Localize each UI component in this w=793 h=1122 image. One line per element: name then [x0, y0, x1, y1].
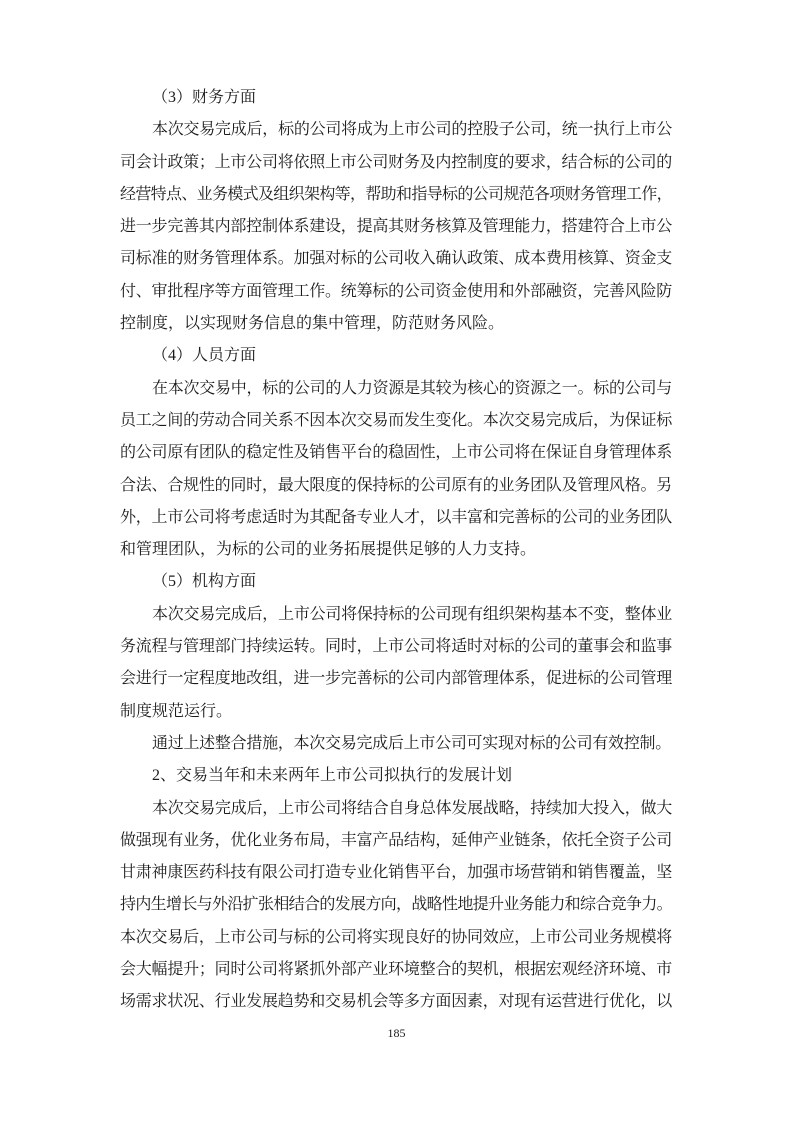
paragraph-line: 本次交易完成后，上市公司将保持标的公司现有组织架构基本不变，整体业: [120, 599, 672, 631]
paragraph-line: 在本次交易中，标的公司的人力资源是其较为核心的资源之一。标的公司与: [120, 373, 672, 405]
paragraph-line: 会进行一定程度地改组，进一步完善标的公司内部管理体系，促进标的公司管理: [120, 663, 672, 695]
section-heading-personnel: （4）人员方面: [120, 340, 672, 372]
paragraph-line: 场需求状况、行业发展趋势和交易机会等多方面因素，对现有运营进行优化，以: [120, 986, 672, 1018]
paragraph-organization: 本次交易完成后，上市公司将保持标的公司现有组织架构基本不变，整体业 务流程与管理…: [120, 599, 672, 728]
page-body: （3）财务方面 本次交易完成后，标的公司将成为上市公司的控股子公司，统一执行上市…: [120, 82, 672, 1019]
document-page: （3）财务方面 本次交易完成后，标的公司将成为上市公司的控股子公司，统一执行上市…: [0, 0, 793, 1122]
paragraph-line: 控制度，以实现财务信息的集中管理，防范财务风险。: [120, 308, 672, 340]
paragraph-line: 甘肃神康医药科技有限公司打造专业化销售平台，加强市场营销和销售覆盖，坚: [120, 857, 672, 889]
paragraph-development-plan: 本次交易完成后，上市公司将结合自身总体发展战略，持续加大投入，做大 做强现有业务…: [120, 793, 672, 1019]
paragraph-line: 本次交易完成后，标的公司将成为上市公司的控股子公司，统一执行上市公: [120, 114, 672, 146]
paragraph-personnel: 在本次交易中，标的公司的人力资源是其较为核心的资源之一。标的公司与 员工之间的劳…: [120, 373, 672, 567]
paragraph-line: 做强现有业务，优化业务布局，丰富产品结构，延伸产业链条，依托全资子公司: [120, 825, 672, 857]
section-heading-finance: （3）财务方面: [120, 82, 672, 114]
paragraph-line: 的公司原有团队的稳定性及销售平台的稳固性，上市公司将在保证自身管理体系: [120, 437, 672, 469]
paragraph-line: 持内生增长与外沿扩张相结合的发展方向，战略性地提升业务能力和综合竞争力。: [120, 889, 672, 921]
paragraph-line: 经营特点、业务模式及组织架构等，帮助和指导标的公司规范各项财务管理工作，: [120, 179, 672, 211]
paragraph-line: 进一步完善其内部控制体系建设，提高其财务核算及管理能力，搭建符合上市公: [120, 211, 672, 243]
paragraph-line: 司会计政策；上市公司将依照上市公司财务及内控制度的要求，结合标的公司的: [120, 147, 672, 179]
paragraph-line: 付、审批程序等方面管理工作。统筹标的公司资金使用和外部融资，完善风险防: [120, 276, 672, 308]
paragraph-line: 司标准的财务管理体系。加强对标的公司收入确认政策、成本费用核算、资金支: [120, 243, 672, 275]
paragraph-line: 通过上述整合措施，本次交易完成后上市公司可实现对标的公司有效控制。: [120, 728, 672, 760]
page-number: 185: [0, 1024, 793, 1042]
paragraph-line: 本次交易后，上市公司与标的公司将实现良好的协同效应，上市公司业务规模将: [120, 922, 672, 954]
paragraph-integration-summary: 通过上述整合措施，本次交易完成后上市公司可实现对标的公司有效控制。: [120, 728, 672, 760]
paragraph-line: 制度规范运行。: [120, 696, 672, 728]
section-heading-organization: （5）机构方面: [120, 566, 672, 598]
section-heading-development-plan: 2、交易当年和未来两年上市公司拟执行的发展计划: [120, 760, 672, 792]
paragraph-finance: 本次交易完成后，标的公司将成为上市公司的控股子公司，统一执行上市公 司会计政策；…: [120, 114, 672, 340]
paragraph-line: 会大幅提升；同时公司将紧抓外部产业环境整合的契机，根据宏观经济环境、市: [120, 954, 672, 986]
paragraph-line: 外，上市公司将考虑适时为其配备专业人才，以丰富和完善标的公司的业务团队: [120, 502, 672, 534]
paragraph-line: 本次交易完成后，上市公司将结合自身总体发展战略，持续加大投入，做大: [120, 793, 672, 825]
paragraph-line: 和管理团队，为标的公司的业务拓展提供足够的人力支持。: [120, 534, 672, 566]
paragraph-line: 合法、合规性的同时，最大限度的保持标的公司原有的业务团队及管理风格。另: [120, 470, 672, 502]
paragraph-line: 务流程与管理部门持续运转。同时，上市公司将适时对标的公司的董事会和监事: [120, 631, 672, 663]
paragraph-line: 员工之间的劳动合同关系不因本次交易而发生变化。本次交易完成后，为保证标: [120, 405, 672, 437]
